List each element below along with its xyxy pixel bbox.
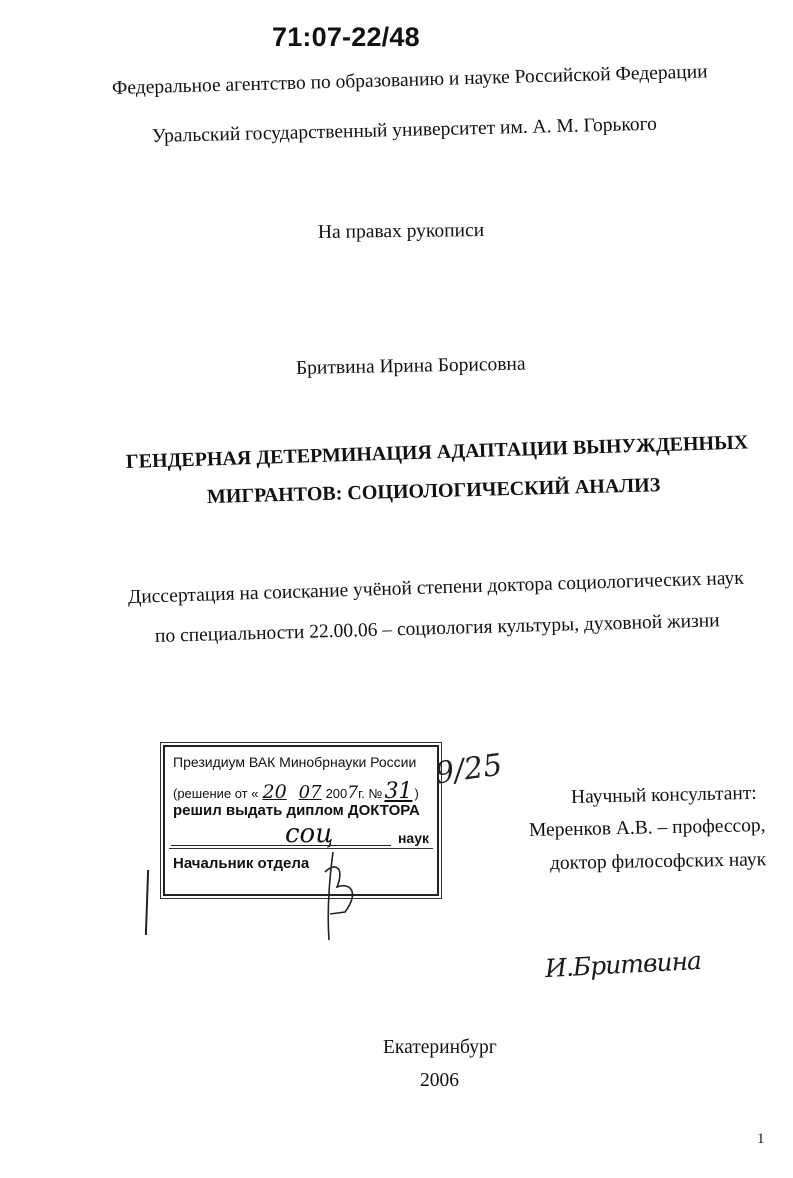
- organization-line-2: Уральский государственный университет им…: [152, 114, 657, 148]
- page-number: 1: [757, 1131, 765, 1148]
- author-name: Бритвина Ирина Борисовна: [296, 354, 526, 380]
- stamp-handwritten-number: 31: [382, 779, 414, 804]
- consultant-name: Меренков А.В. – профессор,: [529, 815, 766, 842]
- stamp-line-4-suffix: наук: [398, 830, 429, 846]
- stamp-line-1: Президиум ВАК Минобрнауки России: [173, 754, 416, 770]
- stamp-line-2: (решение от «20072007г. №31): [173, 779, 419, 804]
- stamp-margin-note: 9/25: [433, 747, 505, 791]
- stamp-line-3: решил выдать диплом ДОКТОРА: [173, 802, 420, 819]
- manuscript-note: На правах рукописи: [318, 220, 484, 244]
- stamp-handwritten-month: 07: [295, 782, 326, 803]
- stamp-line-5: Начальник отдела: [173, 855, 309, 872]
- stamp-decision-prefix: (решение от «: [173, 786, 258, 801]
- catalog-code: 71:07-22/48: [272, 22, 420, 53]
- dissertation-line-1: Диссертация на соискание учёной степени …: [128, 568, 744, 609]
- stamp-official-signature: [305, 842, 375, 942]
- stamp-handwritten-day: 20: [258, 781, 290, 803]
- author-signature: И.Бритвина: [544, 946, 701, 983]
- thesis-title-line-2: МИГРАНТОВ: СОЦИОЛОГИЧЕСКИЙ АНАЛИЗ: [207, 474, 661, 509]
- organization-line-1: Федеральное агентство по образованию и н…: [112, 61, 708, 100]
- city: Екатеринбург: [383, 1037, 497, 1059]
- stamp-year-prefix: 200: [326, 786, 348, 801]
- stamp-divider: [169, 848, 433, 849]
- thesis-title-line-1: ГЕНДЕРНАЯ ДЕТЕРМИНАЦИЯ АДАПТАЦИИ ВЫНУЖДЕ…: [126, 431, 749, 474]
- margin-pen-mark: [145, 870, 149, 935]
- dissertation-line-2: по специальности 22.00.06 – социология к…: [155, 610, 720, 648]
- year: 2006: [420, 1070, 459, 1092]
- stamp-handwritten-year: 7: [347, 783, 358, 803]
- vak-stamp: Президиум ВАК Минобрнауки России (решени…: [163, 745, 439, 896]
- stamp-decision-suffix: ): [414, 786, 418, 801]
- consultant-degree: доктор философских наук: [550, 849, 766, 875]
- consultant-label: Научный консультант:: [571, 783, 757, 809]
- stamp-number-label: г. №: [358, 786, 382, 801]
